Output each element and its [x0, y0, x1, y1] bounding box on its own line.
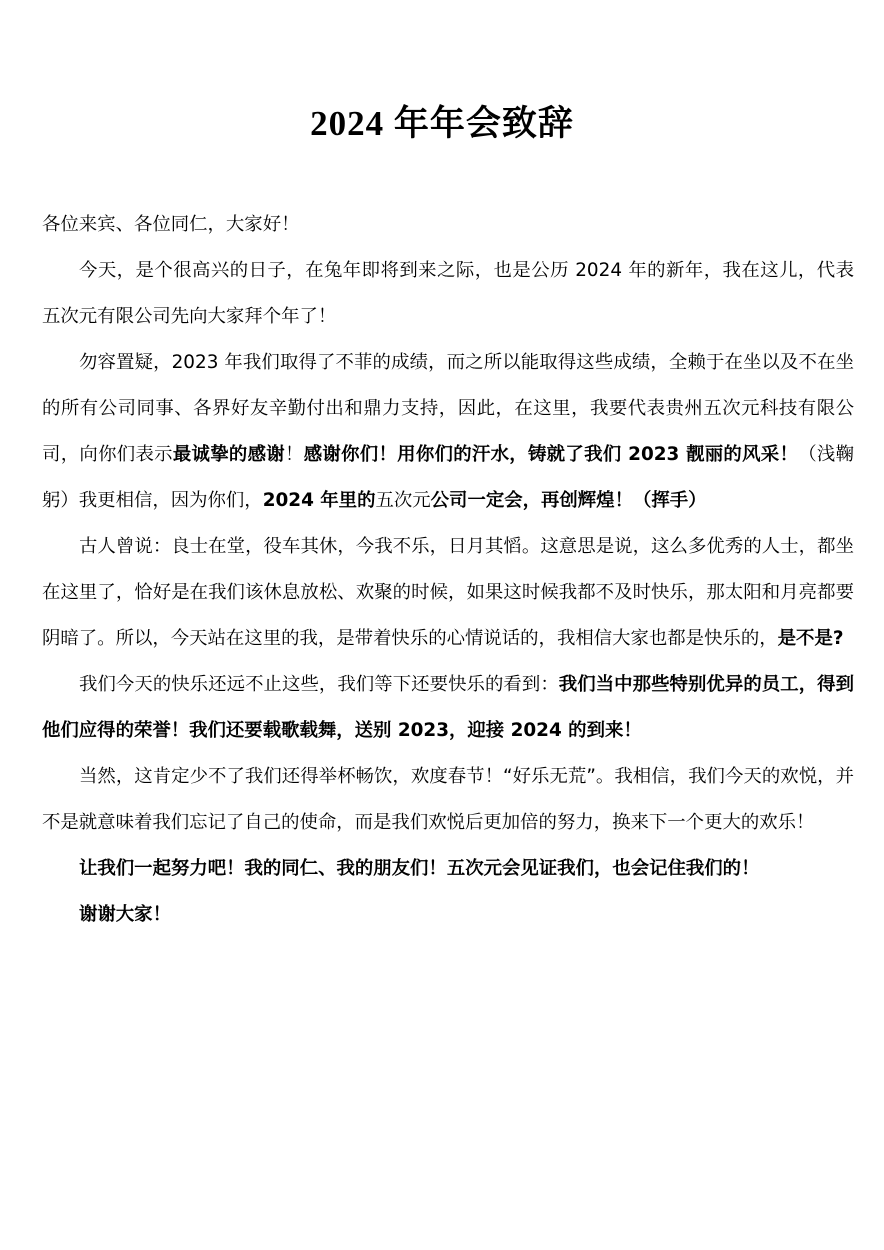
text-run: 当然，这肯定少不了我们还得举杯畅饮，欢度春节！“好乐无荒”。我相信，我们今天的欢…	[42, 766, 854, 833]
paragraph-celebration: 当然，这肯定少不了我们还得举杯畅饮，欢度春节！“好乐无荒”。我相信，我们今天的欢…	[42, 754, 854, 846]
paragraph-call-to-action: 让我们一起努力吧！我的同仁、我的朋友们！五次元会见证我们，也会记住我们的！	[42, 846, 854, 892]
text-run: 古人曾说：良士在堂，役车其休，今我不乐，日月其慆。这意思是说，这么多优秀的人士，…	[42, 536, 854, 649]
text-run-bold: 是不是?	[778, 628, 844, 649]
text-run-bold: 感谢你们！用你们的汗水，铸就了我们 2023 靓丽的风采！	[304, 444, 798, 465]
paragraph-ancient-saying: 古人曾说：良士在堂，役车其休，今我不乐，日月其慆。这意思是说，这么多优秀的人士，…	[42, 524, 854, 662]
document-body: 各位来宾、各位同仁，大家好！ 今天，是个很高兴的日子，在兔年即将到来之际，也是公…	[42, 202, 854, 938]
text-run: 各位来宾、各位同仁，大家好！	[42, 214, 299, 235]
paragraph-achievements: 勿容置疑，2023 年我们取得了不菲的成绩，而之所以能取得这些成绩，全赖于在坐以…	[42, 340, 854, 524]
text-run: ！	[285, 444, 304, 465]
paragraph-thanks: 谢谢大家！	[42, 892, 854, 938]
document-title: 2024 年年会致辞	[0, 98, 884, 150]
paragraph-awards: 我们今天的快乐还远不止这些，我们等下还要快乐的看到：我们当中那些特别优异的员工，…	[42, 662, 854, 754]
text-run-bold: 让我们一起努力吧！我的同仁、我的朋友们！五次元会见证我们，也会记住我们的！	[79, 858, 759, 879]
text-run: 今天，是个很高兴的日子，在兔年即将到来之际，也是公历 2024 年的新年，我在这…	[42, 260, 854, 327]
text-run-bold: 最诚挚的感谢	[173, 444, 285, 465]
text-run: 我们今天的快乐还远不止这些，我们等下还要快乐的看到：	[79, 674, 559, 695]
paragraph-greeting: 各位来宾、各位同仁，大家好！	[42, 202, 854, 248]
text-run-bold: 公司一定会，再创辉煌！（挥手）	[431, 490, 707, 511]
document-page: 2024 年年会致辞 各位来宾、各位同仁，大家好！ 今天，是个很高兴的日子，在兔…	[0, 0, 884, 1250]
text-run-bold: 2024 年里的	[263, 490, 376, 511]
paragraph-new-year: 今天，是个很高兴的日子，在兔年即将到来之际，也是公历 2024 年的新年，我在这…	[42, 248, 854, 340]
text-run: 五次元	[375, 490, 430, 511]
text-run-bold: 谢谢大家！	[79, 904, 171, 925]
